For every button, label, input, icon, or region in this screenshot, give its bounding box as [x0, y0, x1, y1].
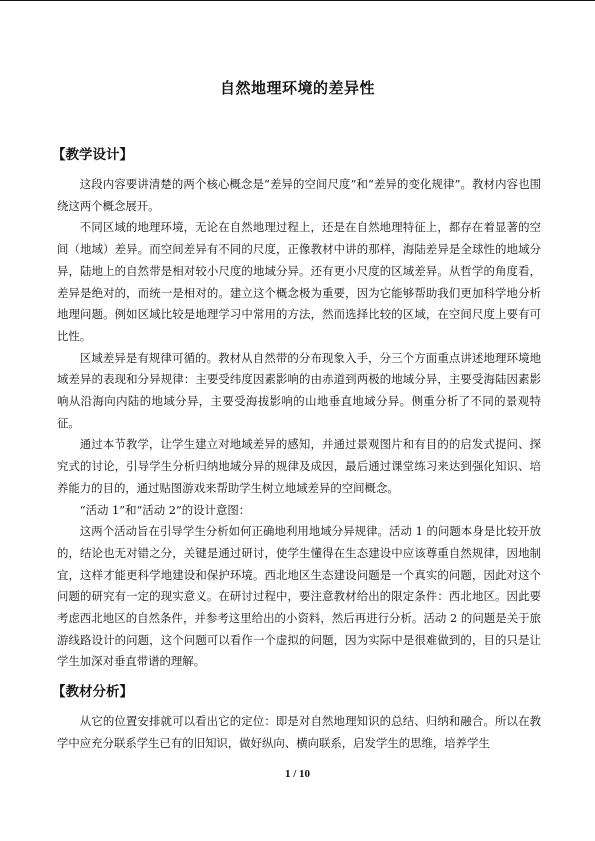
section-heading-teaching-design: 【教学设计】	[52, 143, 133, 163]
paragraph: 通过本节教学，让学生建立对地域差异的感知，并通过景观图片和有目的的启发式提问、探…	[57, 434, 541, 499]
paragraph: 这段内容要讲清楚的两个核心概念是“差异的空间尺度”和“差异的变化规律”。教材内容…	[57, 174, 541, 217]
paragraph: 从它的位置安排就可以看出它的定位：即是对自然地理知识的总结、归纳和融合。所以在教…	[57, 711, 541, 754]
page-number: 1 / 10	[0, 768, 595, 780]
top-border-line	[0, 0, 595, 1]
paragraph: 区域差异是有规律可循的。教材从自然带的分布现象入手，分三个方面重点讲述地理环境地…	[57, 348, 541, 435]
section-body-teaching-design: 这段内容要讲清楚的两个核心概念是“差异的空间尺度”和“差异的变化规律”。教材内容…	[57, 174, 541, 673]
section-body-material-analysis: 从它的位置安排就可以看出它的定位：即是对自然地理知识的总结、归纳和融合。所以在教…	[57, 711, 541, 754]
paragraph: 这两个活动旨在引导学生分析如何正确地利用地域分异规律。活动 1 的问题本身是比较…	[57, 521, 541, 673]
paragraph: “活动 1”和“活动 2”的设计意图：	[57, 500, 541, 522]
section-heading-material-analysis: 【教材分析】	[52, 680, 133, 700]
paragraph: 不同区域的地理环境，无论在自然地理过程上，还是在自然地理特征上，都存在着显著的空…	[57, 217, 541, 347]
document-title: 自然地理环境的差异性	[0, 77, 595, 98]
